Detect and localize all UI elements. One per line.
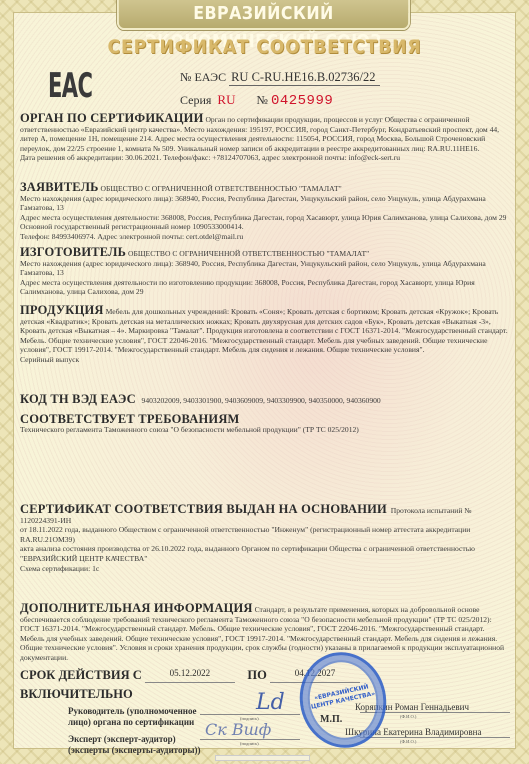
- document-title: СЕРТИФИКАТ СООТВЕТСТВИЯ: [26, 36, 502, 58]
- tn-ved-heading: КОД ТН ВЭД ЕАЭС: [20, 392, 136, 406]
- head-signature-line: [200, 714, 300, 715]
- series-value: RU: [217, 92, 235, 107]
- tn-ved-codes: 9403202009, 9403301900, 9403609009, 9403…: [142, 396, 381, 405]
- basis-heading: СЕРТИФИКАТ СООТВЕТСТВИЯ ВЫДАН НА ОСНОВАН…: [20, 502, 387, 516]
- expert-fio-caption: (Ф.И.О.): [400, 739, 416, 744]
- applicant-section: ЗАЯВИТЕЛЬ ОБЩЕСТВО С ОГРАНИЧЕННОЙ ОТВЕТС…: [20, 183, 510, 242]
- manufacturer-name: ОБЩЕСТВО С ОГРАНИЧЕННОЙ ОТВЕТСТВЕННОСТЬЮ…: [128, 249, 369, 258]
- applicant-line: Место нахождения (адрес юридического лиц…: [20, 194, 510, 213]
- expert-label-line2: (эксперты (эксперты-аудиторы)): [68, 745, 201, 756]
- certification-body-heading: ОРГАН ПО СЕРТИФИКАЦИИ: [20, 111, 204, 125]
- certification-body-accreditation: Дата решения об аккредитации: 30.06.2021…: [20, 153, 510, 163]
- requirements-heading: СООТВЕТСТВУЕТ ТРЕБОВАНИЯМ: [20, 415, 510, 425]
- series-label: Серия: [180, 93, 211, 107]
- product-heading: ПРОДУКЦИЯ: [20, 303, 104, 317]
- requirements-section: СООТВЕТСТВУЕТ ТРЕБОВАНИЯМ Технического р…: [20, 415, 510, 434]
- applicant-name: ОБЩЕСТВО С ОГРАНИЧЕННОЙ ОТВЕТСТВЕННОСТЬЮ…: [101, 184, 342, 193]
- head-label-line2: лицо) органа по сертификации: [68, 717, 196, 728]
- product-release: Серийный выпуск: [20, 355, 510, 365]
- certificate-number-label: № ЕАЭС: [180, 70, 226, 84]
- head-label-line1: Руководитель (уполномоченное: [68, 706, 196, 717]
- head-fio-caption: (Ф.И.О.): [400, 714, 416, 719]
- security-strip: [215, 755, 310, 761]
- expert-signature-caption: (подпись): [240, 741, 259, 746]
- validity-from-label: СРОК ДЕЙСТВИЯ С: [20, 668, 142, 682]
- head-signature: Ld: [256, 690, 285, 715]
- eac-logo-icon: EAC: [48, 66, 92, 106]
- expert-label-line1: Эксперт (эксперт-аудитор): [68, 734, 201, 745]
- manufacturer-heading: ИЗГОТОВИТЕЛЬ: [20, 245, 126, 259]
- applicant-line: Основной государственный регистрационный…: [20, 222, 510, 232]
- applicant-line: Адрес места осуществления деятельности: …: [20, 213, 510, 223]
- manufacturer-line: Адрес места осуществления деятельности п…: [20, 278, 510, 297]
- serial-label: №: [256, 93, 267, 107]
- certificate-number: № ЕАЭС RU C-RU.НЕ16.В.02736/22: [180, 70, 380, 85]
- serial-value: 0425999: [271, 93, 333, 109]
- basis-section: СЕРТИФИКАТ СООТВЕТСТВИЯ ВЫДАН НА ОСНОВАН…: [20, 505, 510, 573]
- additional-heading: ДОПОЛНИТЕЛЬНАЯ ИНФОРМАЦИЯ: [20, 601, 253, 615]
- applicant-line: Телефон: 84993406974. Адрес электронной …: [20, 232, 510, 242]
- applicant-heading: ЗАЯВИТЕЛЬ: [20, 180, 99, 194]
- head-signatory-label: Руководитель (уполномоченное лицо) орган…: [68, 706, 196, 728]
- validity-from-date: 05.12.2022: [145, 665, 235, 683]
- basis-line: от 18.11.2022 года, выданного Обществом …: [20, 525, 510, 544]
- manufacturer-section: ИЗГОТОВИТЕЛЬ ОБЩЕСТВО С ОГРАНИЧЕННОЙ ОТВ…: [20, 248, 510, 297]
- additional-section: ДОПОЛНИТЕЛЬНАЯ ИНФОРМАЦИЯ Стандарт, в ре…: [20, 604, 510, 663]
- expert-signature: Ск Вшф: [205, 720, 271, 739]
- product-section: ПРОДУКЦИЯ Мебель для дошкольных учрежден…: [20, 306, 510, 365]
- requirements-text: Технического регламента Таможенного союз…: [20, 425, 510, 435]
- tn-ved-section: КОД ТН ВЭД ЕАЭС 9403202009, 9403301900, …: [20, 395, 510, 406]
- additional-text: соблюдение требований технического регла…: [20, 615, 504, 662]
- basis-line: акта анализа состояния производства от 2…: [20, 544, 510, 563]
- expert-signature-line: [200, 739, 300, 740]
- expert-signatory-label: Эксперт (эксперт-аудитор) (эксперты (экс…: [68, 734, 201, 756]
- validity-inclusive: ВКЛЮЧИТЕЛЬНО: [20, 687, 133, 701]
- certification-body-section: ОРГАН ПО СЕРТИФИКАЦИИ Орган по сертифика…: [20, 114, 510, 163]
- expert-fio-line: [360, 737, 510, 738]
- certificate-series: Серия RU № 0425999: [180, 92, 333, 109]
- union-banner: ЕВРАЗИЙСКИЙ ЭКОНОМИЧЕСКИЙ СОЮЗ: [117, 0, 410, 30]
- certificate-number-value: RU C-RU.НЕ16.В.02736/22: [229, 70, 379, 86]
- basis-line: Схема сертификации: 1с: [20, 564, 510, 574]
- seal-label: М.П.: [320, 714, 342, 725]
- validity-to-label: ПО: [247, 668, 266, 682]
- manufacturer-line: Место нахождения (адрес юридического лиц…: [20, 259, 510, 278]
